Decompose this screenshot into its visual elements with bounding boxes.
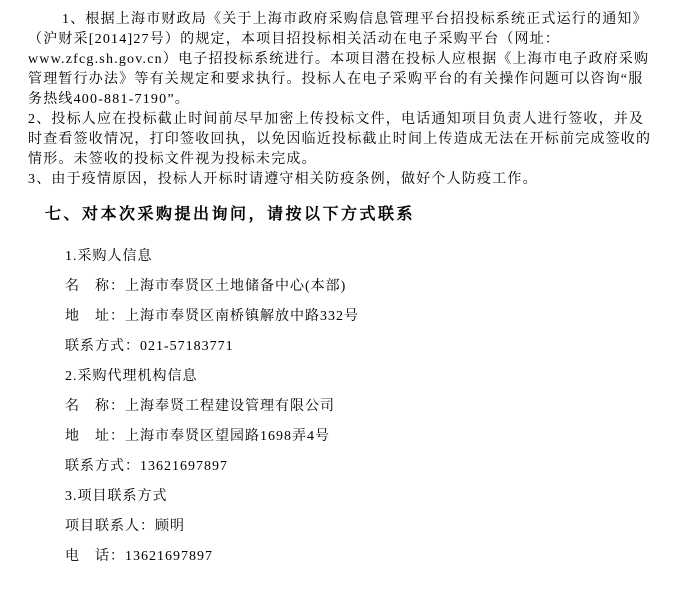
contact-label: 电 话： — [65, 549, 125, 564]
document-page: 1、根据上海市财政局《关于上海市政府采购信息管理平台招投标系统正式运行的通知》 … — [0, 0, 678, 591]
contact-row: 名 称：上海市奉贤区土地储备中心(本部) — [65, 272, 652, 302]
notice-line: （沪财采[2014]27号）的规定，本项目招投标相关活动在电子采购平台（网址： — [28, 30, 652, 50]
contact-label: 名 称： — [65, 399, 125, 414]
contact-section-title-purchaser: 1.采购人信息 — [65, 242, 652, 272]
contact-row: 地 址：上海市奉贤区南桥镇解放中路332号 — [65, 302, 652, 332]
contact-value: 021-57183771 — [140, 339, 234, 354]
contact-row: 联系方式：13621697897 — [65, 452, 652, 482]
contact-value: 顾明 — [155, 519, 185, 534]
contact-value: 13621697897 — [140, 459, 228, 474]
contact-section-title-project: 3.项目联系方式 — [65, 482, 652, 512]
notice-line: 时查看签收情况，打印签收回执，以免因临近投标截止时间上传造成无法在开标前完成签收… — [28, 130, 652, 150]
contact-value: 上海市奉贤区土地储备中心(本部) — [125, 279, 346, 294]
notice-line: www.zfcg.sh.gov.cn）电子招投标系统进行。本项目潜在投标人应根据… — [28, 50, 652, 70]
contact-label: 地 址： — [65, 309, 125, 324]
contact-section-title-agency: 2.采购代理机构信息 — [65, 362, 652, 392]
contact-row: 电 话：13621697897 — [65, 542, 652, 572]
contact-label: 联系方式： — [65, 339, 140, 354]
contact-label: 地 址： — [65, 429, 125, 444]
contact-info-block: 1.采购人信息 名 称：上海市奉贤区土地储备中心(本部) 地 址：上海市奉贤区南… — [65, 242, 652, 572]
notice-line: 1、根据上海市财政局《关于上海市政府采购信息管理平台招投标系统正式运行的通知》 — [28, 10, 652, 30]
notice-line: 管理暂行办法》等有关规定和要求执行。投标人在电子采购平台的有关操作问题可以咨询“… — [28, 70, 652, 90]
contact-value: 上海奉贤工程建设管理有限公司 — [125, 399, 335, 414]
notice-line: 2、投标人应在投标截止时间前尽早加密上传投标文件，电话通知项目负责人进行签收，并… — [28, 110, 652, 130]
contact-label: 项目联系人： — [65, 519, 155, 534]
notice-paragraph-3: 3、由于疫情原因，投标人开标时请遵守相关防疫条例，做好个人防疫工作。 — [28, 170, 652, 190]
contact-row: 名 称：上海奉贤工程建设管理有限公司 — [65, 392, 652, 422]
contact-value: 上海市奉贤区南桥镇解放中路332号 — [125, 309, 359, 324]
notice-paragraph-2: 2、投标人应在投标截止时间前尽早加密上传投标文件，电话通知项目负责人进行签收，并… — [28, 110, 652, 170]
contact-value: 上海市奉贤区望园路1698弄4号 — [125, 429, 330, 444]
contact-row: 项目联系人：顾明 — [65, 512, 652, 542]
notice-paragraph-1: 1、根据上海市财政局《关于上海市政府采购信息管理平台招投标系统正式运行的通知》 … — [28, 10, 652, 110]
contact-label: 联系方式： — [65, 459, 140, 474]
contact-label: 名 称： — [65, 279, 125, 294]
notice-line: 务热线400-881-7190”。 — [28, 90, 652, 110]
contact-value: 13621697897 — [125, 549, 213, 564]
contact-row: 地 址：上海市奉贤区望园路1698弄4号 — [65, 422, 652, 452]
section-heading: 七、对本次采购提出询问，请按以下方式联系 — [45, 204, 652, 226]
notice-line: 情形。未签收的投标文件视为投标未完成。 — [28, 150, 652, 170]
contact-row: 联系方式：021-57183771 — [65, 332, 652, 362]
notice-line: 3、由于疫情原因，投标人开标时请遵守相关防疫条例，做好个人防疫工作。 — [28, 170, 652, 190]
